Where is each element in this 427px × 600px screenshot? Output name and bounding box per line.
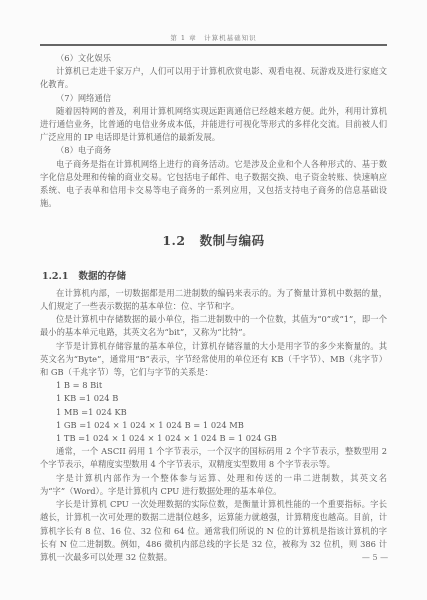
paragraph-word-length: 字长是计算机 CPU 一次处理数据的实际位数，是衡量计算机性能的一个重要指标。字…	[40, 498, 387, 564]
item-6-heading: （6）文化娱乐	[40, 52, 387, 65]
running-header: 第 1 章 计算机基础知识	[40, 33, 387, 42]
item-8-heading: （8）电子商务	[40, 144, 387, 157]
item-6-paragraph: 计算机已走进千家万户，人们可以用于计算机欣赏电影、观看电视、玩游戏及进行家庭文化…	[40, 65, 387, 91]
item-7-heading: （7）网络通信	[40, 92, 387, 105]
item-7-paragraph: 随着因特网的普及，利用计算机网络实现远距离通信已经越来越方便。此外，利用计算机进…	[40, 105, 387, 145]
subsection-number: 1.2.1	[42, 271, 68, 282]
paragraph-ascii: 通常，一个 ASCII 码用 1 个字节表示，一个汉字的国标码用 2 个字节表示…	[40, 445, 387, 471]
subsection-title: 1.2.1数据的存储	[42, 270, 387, 283]
formula-line: 1 B = 8 Bit	[40, 379, 387, 392]
formula-line: 1 GB =1 024 × 1 024 × 1 024 B = 1 024 MB	[40, 419, 387, 432]
textbook-page: 第 1 章 计算机基础知识 （6）文化娱乐 计算机已走进千家万户，人们可以用于计…	[0, 0, 427, 600]
page-body: （6）文化娱乐 计算机已走进千家万户，人们可以用于计算机欣赏电影、观看电视、玩游…	[40, 52, 387, 564]
subsection-title-text: 数据的存储	[78, 271, 126, 282]
item-8-paragraph: 电子商务是指在计算机网络上进行的商务活动。它是涉及企业和个人各种形式的、基于数字…	[40, 158, 387, 211]
section-title-text: 数制与编码	[200, 233, 265, 248]
paragraph-word: 字是计算机内部作为一个整体参与运算、处理和传送的一串二进制数，其英文名为“字”（…	[40, 472, 387, 498]
page-number: — 5 —	[355, 553, 395, 562]
formula-line: 1 KB =1 024 B	[40, 392, 387, 405]
paragraph-bit: 位是计算机中存储数据的最小单位，指二进制数中的一个位数，其值为“0”或“1”，即…	[40, 313, 387, 339]
header-rule	[40, 44, 387, 46]
paragraph-byte: 字节是计算机存储容量的基本单位，计算机存储容量的大小是用字节的多少来衡量的。其英…	[40, 340, 387, 380]
formula-line: 1 TB =1 024 × 1 024 × 1 024 × 1 024 B = …	[40, 432, 387, 445]
section-number: 1.2	[162, 233, 185, 248]
section-title: 1.2数制与编码	[40, 234, 387, 247]
paragraph-units-intro: 在计算机内部，一切数据都是用二进制数的编码来表示的。为了衡量计算机中数据的量，人…	[40, 287, 387, 313]
formula-line: 1 MB =1 024 KB	[40, 406, 387, 419]
